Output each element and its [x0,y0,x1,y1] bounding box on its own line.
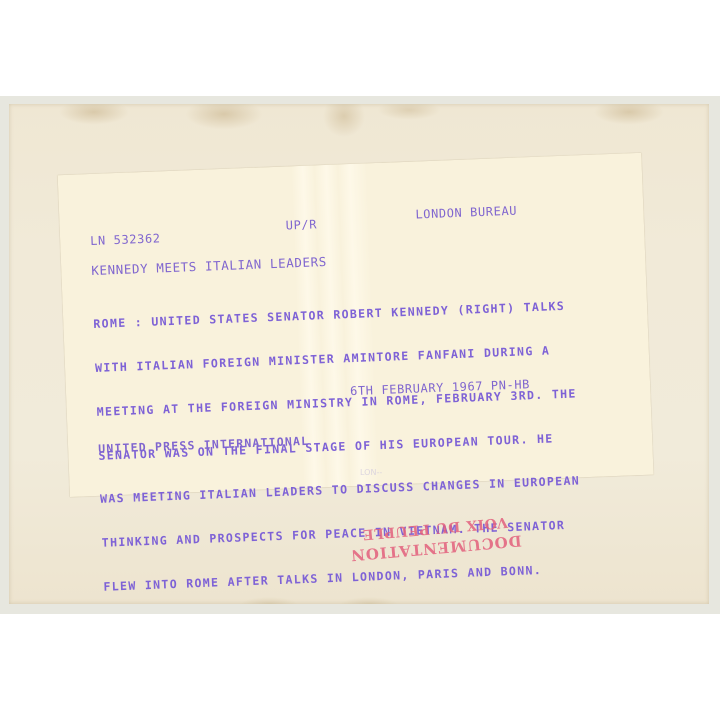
agency-code: UP/R [285,217,317,232]
press-photo-back: LN 532362 UP/R LONDON BUREAU KENNEDY MEE… [0,0,720,720]
caption-line: ROME : UNITED STATES SENATOR ROBERT KENN… [93,299,573,332]
bureau-name: LONDON BUREAU [415,204,517,222]
caption-line: WITH ITALIAN FOREIGN MINISTER AMINTORE F… [95,342,575,375]
reference-number: LN 532362 [90,231,161,248]
caption-headline: KENNEDY MEETS ITALIAN LEADERS [91,254,327,278]
caption-label: LN 532362 UP/R LONDON BUREAU KENNEDY MEE… [58,153,654,497]
caption-line: FLEW INTO ROME AFTER TALKS IN LONDON, PA… [103,561,583,594]
pencil-annotation: LON-- [360,468,382,477]
